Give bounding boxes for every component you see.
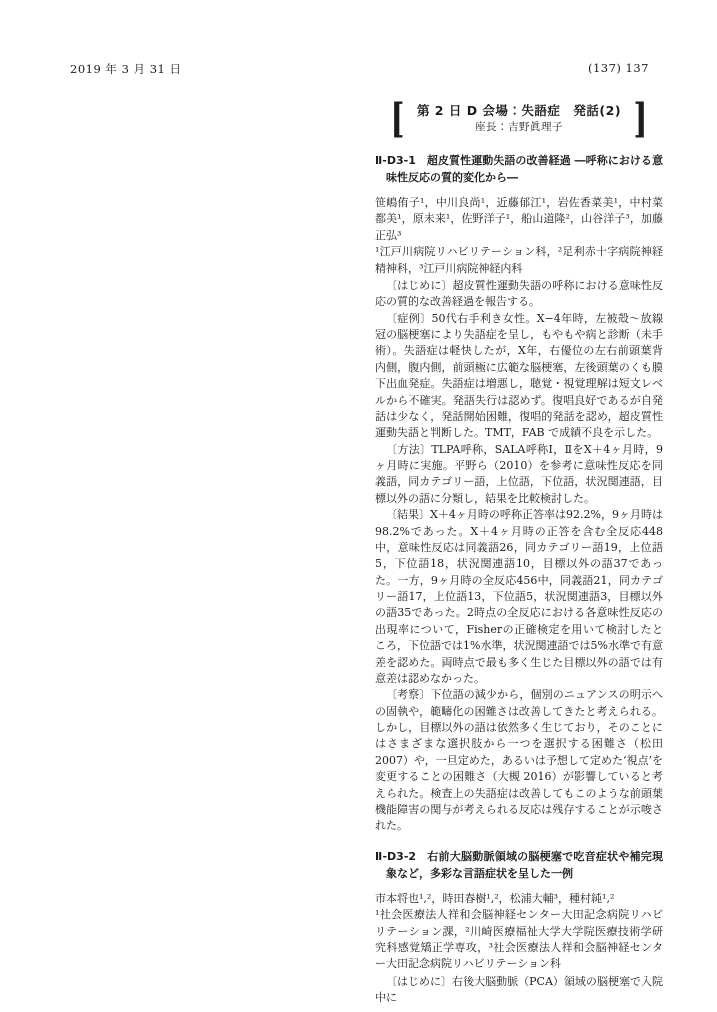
abstract-1-affiliations: ¹江戸川病院リハビリテーション科，²足利赤十字病院神経精神科，³江戸川病院神経内… (375, 244, 663, 277)
abstract-1-title-text: 超皮質性運動失語の改善経過 ―呼称における意味性反応の質的変化から― (386, 154, 663, 184)
session-header: [ 第 2 日 D 会場：失語症 発話(2) 座長：吉野眞理子 ] (375, 99, 663, 139)
abstract-2-id: Ⅱ-D3-2 (375, 850, 416, 863)
abstract-1-paragraph-intro: 〔はじめに〕超皮質性運動失語の呼称における意味性反応の質的な改善経過を報告する。 (375, 278, 663, 311)
right-bracket-icon: ] (633, 99, 647, 139)
abstract-2-affiliations: ¹社会医療法人祥和会脳神経センター大田記念病院リハビリテーション課，²川崎医療福… (375, 907, 663, 973)
session-title: 第 2 日 D 会場：失語症 発話(2) (417, 102, 621, 120)
abstract-1-title: Ⅱ-D3-1超皮質性運動失語の改善経過 ―呼称における意味性反応の質的変化から― (375, 152, 663, 186)
abstract-2-authors: 市本将也¹,²，時田春樹¹,²，松浦大輔³，種村純¹,² (375, 891, 663, 907)
running-head-page-number: (137) 137 (588, 61, 649, 75)
abstract-1-paragraph-discussion: 〔考察〕下位語の減少から，個別のニュアンスの明示への固執や，範疇化の困難さは改善… (375, 687, 663, 834)
session-chair: 座長：吉野眞理子 (417, 120, 621, 136)
abstract-1-paragraph-results: 〔結果〕X＋4ヶ月時の呼称正答率は92.2%，9ヶ月時は98.2%であった。X＋… (375, 507, 663, 687)
left-bracket-icon: [ (390, 99, 404, 139)
session-header-text: 第 2 日 D 会場：失語症 発話(2) 座長：吉野眞理子 (417, 102, 621, 135)
abstract-1-authors: 笹嶋侑子¹，中川良尚¹，近藤郁江¹，岩佐香菜美¹，中村菜都美¹，原未来¹，佐野洋… (375, 195, 663, 244)
abstract-1-id: Ⅱ-D3-1 (375, 154, 416, 167)
abstract-2-title: Ⅱ-D3-2右前大脳動脈領域の脳梗塞で吃音症状や補完現象など，多彩な言語症状を呈… (375, 848, 663, 882)
abstract-2: Ⅱ-D3-2右前大脳動脈領域の脳梗塞で吃音症状や補完現象など，多彩な言語症状を呈… (375, 848, 663, 1007)
abstract-1: Ⅱ-D3-1超皮質性運動失語の改善経過 ―呼称における意味性反応の質的変化から―… (375, 152, 663, 835)
abstract-1-paragraph-case: 〔症例〕50代右手利き女性。X−4年時，左被殻〜放線冠の脳梗塞により失語症を呈し… (375, 311, 663, 442)
abstract-1-paragraph-method: 〔方法〕TLPA呼称，SALA呼称Ⅰ，ⅡをX＋4ヶ月時，9ヶ月時に実施。平野ら（… (375, 442, 663, 508)
journal-page: 2019 年 3 月 31 日 (137) 137 [ 第 2 日 D 会場：失… (0, 0, 717, 1012)
running-head-date: 2019 年 3 月 31 日 (70, 61, 182, 77)
text-column: [ 第 2 日 D 会場：失語症 発話(2) 座長：吉野眞理子 ] Ⅱ-D3-1… (375, 99, 663, 1006)
abstract-2-paragraph-intro: 〔はじめに〕右後大脳動脈（PCA）領域の脳梗塞で入院中に (375, 974, 663, 1007)
abstract-2-title-text: 右前大脳動脈領域の脳梗塞で吃音症状や補完現象など，多彩な言語症状を呈した一例 (386, 850, 663, 880)
